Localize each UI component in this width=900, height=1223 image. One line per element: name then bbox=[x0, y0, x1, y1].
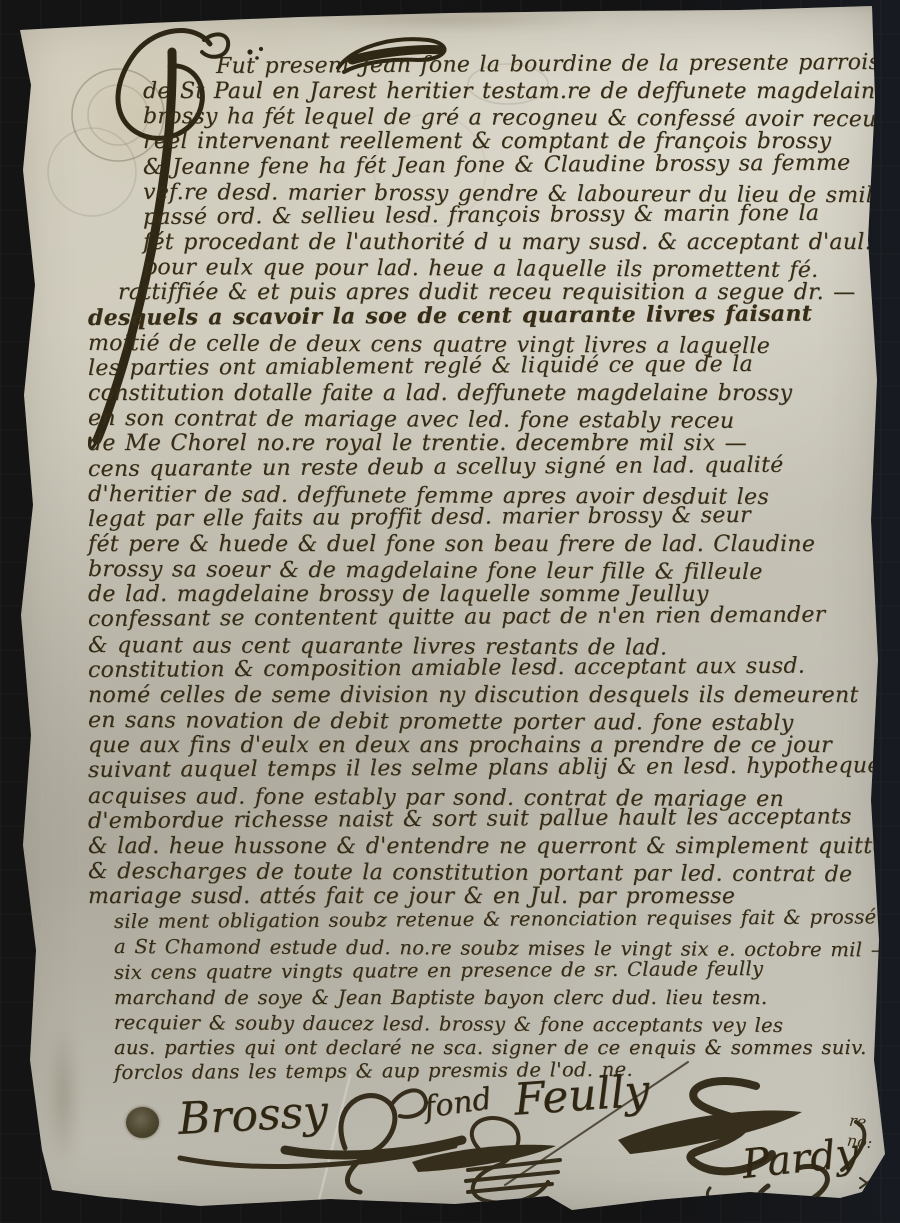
manuscript-line: forclos dans les temps & aup presmis de … bbox=[114, 1056, 878, 1086]
corner-annotation-line: no: bbox=[846, 1131, 873, 1154]
manuscript-line: desquels a scavoir la soe de cent quaran… bbox=[88, 301, 878, 331]
signature-fond: fond bbox=[422, 1081, 494, 1125]
manuscript-line: legat par elle faits au proffit desd. ma… bbox=[88, 502, 878, 532]
manuscript-line: fét procedant de l'authorité d u mary su… bbox=[143, 230, 878, 255]
manuscript-line: Fut present Jean fone la bourdine de la … bbox=[216, 50, 878, 79]
manuscript-line: constitution & composition amiable lesd.… bbox=[88, 653, 878, 683]
manuscript-line: brossy sa soeur & de magdelaine fone leu… bbox=[88, 557, 878, 586]
paper-stain bbox=[300, 6, 600, 32]
manuscript-line: confessant se contentent quitte au pact … bbox=[88, 603, 878, 633]
manuscript-line: marchand de soye & Jean Baptiste bayon c… bbox=[114, 985, 878, 1010]
manuscript-line: six cens quatre vingts quatre en presenc… bbox=[114, 955, 878, 985]
manuscript-line: suivant auquel temps il les selme plans … bbox=[88, 754, 878, 784]
manuscript-line: pour eulx que pour lad. heue a laquelle … bbox=[143, 255, 878, 283]
signature-pardy: Pardy bbox=[740, 1130, 860, 1188]
manuscript-line: en sans novation de debit promette porte… bbox=[88, 708, 878, 737]
manuscript-line: les parties ont amiablement reglé & liqu… bbox=[88, 351, 878, 381]
corner-annotation: re no: bbox=[846, 1111, 875, 1153]
manuscript-line: d'embordue richesse naist & sort suit pa… bbox=[88, 804, 878, 834]
signature-brossy: Brossy bbox=[177, 1086, 329, 1145]
manuscript-line: brossy ha fét lequel de gré a recogneu &… bbox=[143, 104, 878, 132]
ink-blot bbox=[126, 1107, 159, 1138]
manuscript-text: Fut present Jean fone la bourdine de la … bbox=[88, 54, 878, 1085]
manuscript-line: & descharges de toute la constitution po… bbox=[88, 859, 878, 888]
manuscript-line: & Jeanne fene ha fét Jean fone & Claudin… bbox=[143, 150, 878, 180]
manuscript-line: recquier & souby daucez lesd. brossy & f… bbox=[114, 1010, 878, 1038]
manuscript-line: sile ment obligation soubz retenue & ren… bbox=[114, 905, 878, 935]
manuscript-line: cens quarante un reste deub a scelluy si… bbox=[88, 452, 878, 482]
paper-stain bbox=[46, 1020, 80, 1170]
scanned-photo-background: Fut present Jean fone la bourdine de la … bbox=[0, 0, 900, 1223]
manuscript-page: Fut present Jean fone la bourdine de la … bbox=[0, 0, 900, 1223]
manuscript-line: en son contrat de mariage avec led. fone… bbox=[88, 406, 878, 435]
manuscript-line: fét pere & huede & duel fone son beau fr… bbox=[88, 532, 878, 557]
manuscript-line: nomé celles de seme division ny discutio… bbox=[88, 683, 878, 708]
signature-feully: Feully bbox=[512, 1065, 651, 1125]
manuscript-line: constitution dotalle faite a lad. deffun… bbox=[88, 381, 878, 406]
manuscript-line: & lad. heue hussone & d'entendre ne quer… bbox=[88, 834, 878, 859]
manuscript-line: passé ord. & sellieu lesd. françois bros… bbox=[143, 200, 878, 230]
manuscript-line: de St Paul en Jarest heritier testam.re … bbox=[143, 79, 878, 104]
corner-annotation-line: re bbox=[848, 1111, 875, 1134]
